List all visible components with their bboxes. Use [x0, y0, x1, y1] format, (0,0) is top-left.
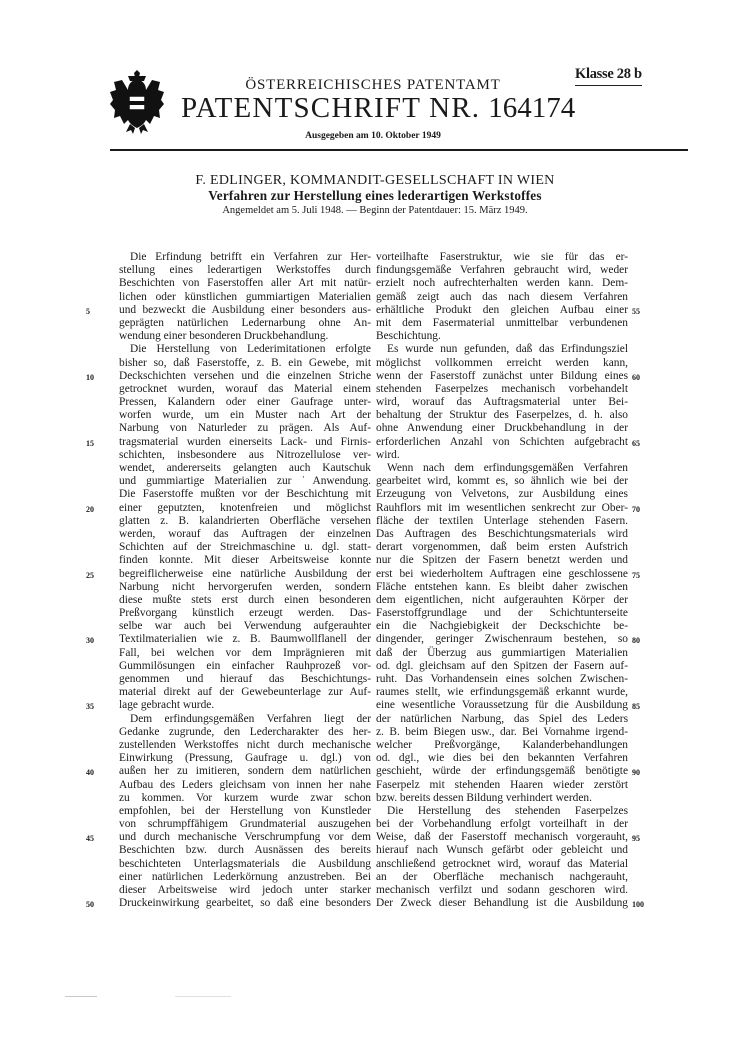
- text-line: von schrumpffähigem Grundmaterial auszug…: [119, 818, 371, 831]
- text-line-content: bei der Vorbehandlung erfolgt vorteilhaf…: [376, 818, 628, 830]
- text-line-content: mit dem Fasermaterial unmittelbar verbun…: [376, 317, 628, 329]
- text-line: wenn der Faserstoff zunächst unter Bildu…: [376, 370, 628, 383]
- text-line-content: Fläche entstehen kann. Es bleibt daher z…: [376, 581, 628, 593]
- text-line-content: Narbung von Naturleder zu prägen. Als Au…: [119, 422, 371, 434]
- text-line-content: Narbung nicht hervorgerufen werden, sond…: [119, 581, 371, 593]
- patent-title-prefix: PATENTSCHRIFT NR.: [181, 92, 480, 124]
- text-line-content: selbe war auch bei Verwendung aufgerauht…: [119, 620, 371, 632]
- text-line: lage gebracht wurde.35: [119, 699, 371, 712]
- text-line-content: Gedanke zugrunde, den Ledercharakter des…: [119, 726, 371, 738]
- text-line-content: werden, worauf das Auftragen der einzeln…: [119, 528, 371, 540]
- text-line: außen her zu imitieren, sondern dem natü…: [119, 765, 371, 778]
- text-line: dieser Arbeitsweise wird jedoch unter st…: [119, 884, 371, 897]
- text-line-content: Fall, bei welchen vor dem Imprägnieren m…: [119, 647, 371, 659]
- line-number: 50: [86, 898, 110, 911]
- text-line: gemäß zeigt auch das nach diesem Verfahr…: [376, 291, 628, 304]
- text-line: Faserstoffgrundlage und der Schichtunter…: [376, 607, 628, 620]
- text-line: schichten, insbesondere aus Nitrozellulo…: [119, 449, 371, 462]
- text-line: tragsmaterial wurden einerseits Lack- un…: [119, 436, 371, 449]
- text-line: ruht. Das Vorhandensein eines solchen Zw…: [376, 673, 628, 686]
- text-line-content: vorteilhafte Faserstruktur, wie sie für …: [376, 251, 628, 263]
- text-line: wird.: [376, 449, 628, 462]
- text-line-content: Erzeugung von Velvetons, zur Ausbildung …: [376, 488, 628, 500]
- text-line-content: dieser Arbeitsweise wird jedoch unter st…: [119, 884, 371, 896]
- text-line-content: diese mußte stets erst durch einen beson…: [119, 594, 371, 606]
- header-rule-divider: [110, 149, 688, 151]
- text-line-content: erforderlichen Anzahl von Schichten aufg…: [376, 436, 628, 448]
- text-line-content: Der Zweck dieser Behandlung ist die Ausb…: [376, 897, 628, 909]
- text-line: stehenden Faserpelzes mechanisch vorbeha…: [376, 383, 628, 396]
- text-line: ohne Anwendung einer Druckbehandlung in …: [376, 422, 628, 435]
- text-line: begreiflicherweise eine natürliche Ausbi…: [119, 568, 371, 581]
- text-line-content: worfen wurde, um ein Muster nach Art der: [119, 409, 371, 421]
- line-number: 15: [86, 437, 110, 450]
- text-line: werden, worauf das Auftragen der einzeln…: [119, 528, 371, 541]
- text-line: mechanisch verfilzt und sodann geschoren…: [376, 884, 628, 897]
- text-line: welcher Preßvorgänge, Kalanderbehandlung…: [376, 739, 628, 752]
- text-line: beschichteten Unterlagsmaterials die Aus…: [119, 858, 371, 871]
- line-number: 65: [632, 437, 656, 450]
- austrian-eagle-coat-of-arms-icon: [108, 66, 166, 138]
- text-line-content: wird.: [376, 449, 400, 461]
- text-line: dem eigentlichen, nicht aufgerauhten Kör…: [376, 594, 628, 607]
- text-line: Das Auftragen des Beschichtungsmaterials…: [376, 528, 628, 541]
- text-line-content: tragsmaterial wurden einerseits Lack- un…: [119, 436, 371, 448]
- text-line: stellung eines lederartigen Werkstoffes …: [119, 264, 371, 277]
- text-line-content: eine wesentliche Voraussetzung für die A…: [376, 699, 628, 711]
- text-line: und durch mechanische Verschrumpfung vor…: [119, 831, 371, 844]
- text-line-content: Beschichten bzw. durch Ausnässen des ber…: [119, 844, 371, 856]
- text-line: Beschichtung.: [376, 330, 628, 343]
- text-line-content: welcher Preßvorgänge, Kalanderbehandlung…: [376, 739, 628, 751]
- text-line: einer geputzten, knotenfreien und möglic…: [119, 502, 371, 515]
- text-line-content: ruht. Das Vorhandensein eines solchen Zw…: [376, 673, 628, 685]
- text-line: gearbeitet wird, kommt es, so ähnlich wi…: [376, 475, 628, 488]
- text-line-content: Deckschichten versehen und die einzelnen…: [119, 370, 371, 382]
- text-line: erzielt noch aufrechterhalten werden kan…: [376, 277, 628, 290]
- text-line-content: Druckeinwirkung gearbeitet, so daß eine …: [119, 897, 371, 909]
- text-line-content: Faserpelz mit stehenden Haaren wieder ze…: [376, 779, 628, 791]
- footer-mark: [175, 996, 231, 997]
- text-line-content: derart vorgenommen, daß beim ersten Aufs…: [376, 541, 628, 553]
- text-line-content: raumes stellt, wie erfindungsgemäß erkan…: [376, 686, 628, 698]
- text-line: genommen und hierauf das Beschichtungs-: [119, 673, 371, 686]
- text-line-content: zustellenden Werkstoffes nicht durch mec…: [119, 739, 371, 751]
- text-line-content: wendet, andererseits gelangten auch Kaut…: [119, 462, 371, 474]
- text-line: erforderlichen Anzahl von Schichten aufg…: [376, 436, 628, 449]
- text-line-content: anschließend getrocknet wird, worauf das…: [376, 858, 628, 870]
- text-line: ein die Nachgiebigkeit der Deckschichte …: [376, 620, 628, 633]
- text-line-content: erzielt noch aufrechterhalten werden kan…: [376, 277, 628, 289]
- text-line-content: lichen oder künstlichen gummiartigen Mat…: [119, 291, 371, 303]
- text-line: Der Zweck dieser Behandlung ist die Ausb…: [376, 897, 628, 910]
- text-line: wird, worauf das Auftragsmaterial unter …: [376, 396, 628, 409]
- text-line-content: wenn der Faserstoff zunächst unter Bildu…: [376, 370, 628, 382]
- text-line-content: stellung eines lederartigen Werkstoffes …: [119, 264, 371, 276]
- line-number: 30: [86, 634, 110, 647]
- text-line: mit dem Fasermaterial unmittelbar verbun…: [376, 317, 628, 330]
- text-line: geprägten natürlichen Ledernarbung ohne …: [119, 317, 371, 330]
- line-number: 5: [86, 305, 110, 318]
- text-line-content: Wenn nach dem erfindungsgemäßen Verfahre…: [387, 462, 628, 474]
- text-line: bisher so, daß Faserstoffe, z. B. ein Ge…: [119, 357, 371, 370]
- text-line-content: möglichst vollkommen erreicht werden kan…: [376, 357, 628, 369]
- text-line-content: glatten z. B. kalandrierten Oberfläche v…: [119, 515, 371, 527]
- text-line: Narbung von Naturleder zu prägen. Als Au…: [119, 422, 371, 435]
- text-line: z. B. beim Biegen usw., dar. Bei Vornahm…: [376, 726, 628, 739]
- text-line-content: von schrumpffähigem Grundmaterial auszug…: [119, 818, 371, 830]
- text-line: od. dgl. gleichsam auf den Spitzen der F…: [376, 660, 628, 673]
- text-line-content: Aufbau des Leders gleichsam von innen he…: [119, 779, 371, 791]
- text-line-content: lage gebracht wurde.: [119, 699, 214, 711]
- text-line-content: ohne Anwendung einer Druckbehandlung in …: [376, 422, 628, 434]
- text-line: nur die Spitzen der Fasern benetzt werde…: [376, 554, 628, 567]
- text-line-content: hierauf nach Wunsch gefärbt oder gebleic…: [376, 844, 628, 856]
- text-line-content: einer geputzten, knotenfreien und möglic…: [119, 502, 371, 514]
- line-number: 35: [86, 700, 110, 713]
- text-line-content: empfohlen, bei der Herstellung von Kunst…: [119, 805, 371, 817]
- text-line: Textilmaterialien wie z. B. Baumwollflan…: [119, 633, 371, 646]
- text-line-content: Beschichten von Faserstoffen aller Art m…: [119, 277, 371, 289]
- text-line-content: begreiflicherweise eine natürliche Ausbi…: [119, 568, 371, 580]
- text-line-content: Rauhflors mit im wesentlichen senkrecht …: [376, 502, 628, 514]
- text-line: derart vorgenommen, daß beim ersten Aufs…: [376, 541, 628, 554]
- text-line-content: od. dgl. gleichsam auf den Spitzen der F…: [376, 660, 628, 672]
- text-line-content: wird, worauf das Auftragsmaterial unter …: [376, 396, 628, 408]
- text-line: bei der Vorbehandlung erfolgt vorteilhaf…: [376, 818, 628, 831]
- text-line: zustellenden Werkstoffes nicht durch mec…: [119, 739, 371, 752]
- body-column-right: vorteilhafte Faserstruktur, wie sie für …: [376, 251, 628, 910]
- text-line-content: geschieht, würde der erfindungsgemäß ben…: [376, 765, 628, 777]
- text-line: dingender, geringer Zwischenraum bestehe…: [376, 633, 628, 646]
- text-line: Einwirkung (Pressung, Gaufrage u. dgl.) …: [119, 752, 371, 765]
- line-number: 90: [632, 766, 656, 779]
- line-number: 100: [632, 898, 656, 911]
- text-line-content: Die Herstellung von Lederimitationen erf…: [130, 343, 371, 355]
- text-line: raumes stellt, wie erfindungsgemäß erkan…: [376, 686, 628, 699]
- text-line-content: dingender, geringer Zwischenraum bestehe…: [376, 633, 628, 645]
- text-line: an der Oberfläche mechanisch nachgerauht…: [376, 871, 628, 884]
- text-line-content: geprägten natürlichen Ledernarbung ohne …: [119, 317, 371, 329]
- text-line: Gedanke zugrunde, den Ledercharakter des…: [119, 726, 371, 739]
- text-line: material direkt auf der Gewebeunterlage …: [119, 686, 371, 699]
- text-line: Die Erfindung betrifft ein Verfahren zur…: [119, 251, 371, 264]
- line-number: 25: [86, 569, 110, 582]
- text-line-content: finden konnte. Mit dieser Arbeitsweise k…: [119, 554, 371, 566]
- text-line: findungsgemäße Verfahren gebraucht wird,…: [376, 264, 628, 277]
- text-line: und gummiartige Materialien zur ˙Anwendu…: [119, 475, 371, 488]
- text-line: erhältliche Produkt den gleichen Aufbau …: [376, 304, 628, 317]
- text-line-content: der natürlichen Narbung, das Spiel des L…: [376, 713, 628, 725]
- text-line: daß der Überzug aus gummiartigen Materia…: [376, 647, 628, 660]
- text-line: Gummilösungen ein einfacher Rauhprozeß v…: [119, 660, 371, 673]
- text-line: und bezweckt die Ausbildung einer besond…: [119, 304, 371, 317]
- text-line-content: und durch mechanische Verschrumpfung vor…: [119, 831, 371, 843]
- text-line-content: Einwirkung (Pressung, Gaufrage u. dgl.) …: [119, 752, 371, 764]
- text-line-content: und gummiartige Materialien zur ˙Anwendu…: [119, 475, 371, 487]
- text-line-content: gearbeitet wird, kommt es, so ähnlich wi…: [376, 475, 628, 487]
- text-line-content: genommen und hierauf das Beschichtungs-: [119, 673, 371, 685]
- text-line: der natürlichen Narbung, das Spiel des L…: [376, 713, 628, 726]
- text-line-content: Die Herstellung des stehenden Faserpelze…: [387, 805, 628, 817]
- text-line: selbe war auch bei Verwendung aufgerauht…: [119, 620, 371, 633]
- text-line: glatten z. B. kalandrierten Oberfläche v…: [119, 515, 371, 528]
- text-line-content: dem eigentlichen, nicht aufgerauhten Kör…: [376, 594, 628, 606]
- text-line-content: erhältliche Produkt den gleichen Aufbau …: [376, 304, 628, 316]
- text-line: geschieht, würde der erfindungsgemäß ben…: [376, 765, 628, 778]
- text-line: empfohlen, bei der Herstellung von Kunst…: [119, 805, 371, 818]
- issue-date: Ausgegeben am 10. Oktober 1949: [233, 131, 513, 141]
- text-line-content: Die Erfindung betrifft ein Verfahren zur…: [130, 251, 371, 263]
- text-line-content: z. B. beim Biegen usw., dar. Bei Vornahm…: [376, 726, 628, 738]
- text-line-content: an der Oberfläche mechanisch nachgerauht…: [376, 871, 628, 883]
- text-line-content: einer natürlichen Lederkörnung anzustreb…: [119, 871, 371, 883]
- text-line: Fall, bei welchen vor dem Imprägnieren m…: [119, 647, 371, 660]
- text-line-content: od. dgl., wie dies bei den bekannten Ver…: [376, 752, 628, 764]
- line-number: 85: [632, 700, 656, 713]
- patent-title-heading: PATENTSCHRIFT NR.164174: [181, 92, 575, 125]
- text-line: lichen oder künstlichen gummiartigen Mat…: [119, 291, 371, 304]
- text-line: Erzeugung von Velvetons, zur Ausbildung …: [376, 488, 628, 501]
- text-line-content: getrocknet wurden, worauf das Material e…: [119, 383, 371, 395]
- text-line-content: Schichten auf der Streichmaschine u. dgl…: [119, 541, 371, 553]
- text-line: Preßvorgang künstlich erzeugt werden. Da…: [119, 607, 371, 620]
- patent-class: Klasse 28 b: [575, 66, 642, 86]
- text-line-content: stehenden Faserpelzes mechanisch vorbeha…: [376, 383, 628, 395]
- text-line: od. dgl., wie dies bei den bekannten Ver…: [376, 752, 628, 765]
- text-line: Beschichten bzw. durch Ausnässen des ber…: [119, 844, 371, 857]
- text-line-content: material direkt auf der Gewebeunterlage …: [119, 686, 371, 698]
- applicant-name: F. EDLINGER, KOMMANDIT-GESELLSCHAFT IN W…: [150, 173, 600, 189]
- text-line: behaltung der Struktur des Faserpelzes, …: [376, 409, 628, 422]
- text-line-content: Beschichtung.: [376, 330, 441, 342]
- text-line-content: nur die Spitzen der Fasern benetzt werde…: [376, 554, 628, 566]
- text-line-content: Textilmaterialien wie z. B. Baumwollflan…: [119, 633, 371, 645]
- text-line: vorteilhafte Faserstruktur, wie sie für …: [376, 251, 628, 264]
- text-line: Rauhflors mit im wesentlichen senkrecht …: [376, 502, 628, 515]
- text-line-content: behaltung der Struktur des Faserpelzes, …: [376, 409, 628, 421]
- text-line: bzw. bereits dessen Bildung verhindert w…: [376, 792, 628, 805]
- line-number: 60: [632, 371, 656, 384]
- text-line-content: ein die Nachgiebigkeit der Deckschichte …: [376, 620, 628, 632]
- footer-mark: [65, 996, 97, 997]
- text-line-content: Gummilösungen ein einfacher Rauhprozeß v…: [119, 660, 371, 672]
- text-line: Weise, daß der Faserstoff mechanisch vor…: [376, 831, 628, 844]
- text-line-content: Es wurde nun gefunden, daß das Erfindung…: [387, 343, 628, 355]
- text-line-content: Weise, daß der Faserstoff mechanisch vor…: [376, 831, 628, 843]
- text-line-content: schichten, insbesondere aus Nitrozellulo…: [119, 449, 371, 461]
- text-line: eine wesentliche Voraussetzung für die A…: [376, 699, 628, 712]
- invention-title: Verfahren zur Herstellung eines lederart…: [150, 188, 600, 204]
- line-number: 70: [632, 503, 656, 516]
- text-line-content: mechanisch verfilzt und sodann geschoren…: [376, 884, 628, 896]
- text-line: finden konnte. Mit dieser Arbeitsweise k…: [119, 554, 371, 567]
- line-number: 75: [632, 569, 656, 582]
- text-line-content: wendung einer besonderen Druckbehandlung…: [119, 330, 328, 342]
- line-number: 55: [632, 305, 656, 318]
- text-line-content: Faserstoffgrundlage und der Schichtunter…: [376, 607, 628, 619]
- text-line-content: zu kommen. Vor kurzem wurde zwar schon: [119, 792, 371, 804]
- text-line: Die Herstellung von Lederimitationen erf…: [119, 343, 371, 356]
- line-number: 10: [86, 371, 110, 384]
- text-line: Die Faserstoffe mußten vor der Beschicht…: [119, 488, 371, 501]
- text-line-content: fläche der textilen Unterlage stehenden …: [376, 515, 628, 527]
- patent-number: 164174: [488, 92, 575, 124]
- text-line-content: daß der Überzug aus gummiartigen Materia…: [376, 647, 628, 659]
- text-line: hierauf nach Wunsch gefärbt oder gebleic…: [376, 844, 628, 857]
- text-line: Deckschichten versehen und die einzelnen…: [119, 370, 371, 383]
- text-line-content: außen her zu imitieren, sondern dem natü…: [119, 765, 371, 777]
- text-line: Fläche entstehen kann. Es bleibt daher z…: [376, 581, 628, 594]
- text-line: Schichten auf der Streichmaschine u. dgl…: [119, 541, 371, 554]
- text-line: wendung einer besonderen Druckbehandlung…: [119, 330, 371, 343]
- text-line-content: findungsgemäße Verfahren gebraucht wird,…: [376, 264, 628, 276]
- text-line: diese mußte stets erst durch einen beson…: [119, 594, 371, 607]
- line-number: 20: [86, 503, 110, 516]
- text-line: einer natürlichen Lederkörnung anzustreb…: [119, 871, 371, 884]
- text-line-content: bzw. bereits dessen Bildung verhindert w…: [376, 792, 592, 804]
- text-line: Es wurde nun gefunden, daß das Erfindung…: [376, 343, 628, 356]
- text-line-content: gemäß zeigt auch das nach diesem Verfahr…: [376, 291, 628, 303]
- text-line: Wenn nach dem erfindungsgemäßen Verfahre…: [376, 462, 628, 475]
- text-line: anschließend getrocknet wird, worauf das…: [376, 858, 628, 871]
- text-line: Aufbau des Leders gleichsam von innen he…: [119, 779, 371, 792]
- line-number: 40: [86, 766, 110, 779]
- text-line-content: erst bei wiederholtem Auftragen eine ges…: [376, 568, 628, 580]
- text-line-content: Die Faserstoffe mußten vor der Beschicht…: [119, 488, 371, 500]
- text-line-content: bisher so, daß Faserstoffe, z. B. ein Ge…: [119, 357, 371, 369]
- text-line: Dem erfindungsgemäßen Verfahren liegt de…: [119, 713, 371, 726]
- text-line-content: Dem erfindungsgemäßen Verfahren liegt de…: [130, 713, 371, 725]
- text-line: worfen wurde, um ein Muster nach Art der: [119, 409, 371, 422]
- text-line-content: Das Auftragen des Beschichtungsmaterials…: [376, 528, 628, 540]
- text-line-content: und bezweckt die Ausbildung einer besond…: [119, 304, 371, 316]
- line-number: 95: [632, 832, 656, 845]
- text-line: erst bei wiederholtem Auftragen eine ges…: [376, 568, 628, 581]
- text-line: getrocknet wurden, worauf das Material e…: [119, 383, 371, 396]
- line-number: 45: [86, 832, 110, 845]
- text-line: fläche der textilen Unterlage stehenden …: [376, 515, 628, 528]
- text-line: Beschichten von Faserstoffen aller Art m…: [119, 277, 371, 290]
- body-column-left: Die Erfindung betrifft ein Verfahren zur…: [119, 251, 371, 910]
- text-line: Faserpelz mit stehenden Haaren wieder ze…: [376, 779, 628, 792]
- text-line: zu kommen. Vor kurzem wurde zwar schon: [119, 792, 371, 805]
- text-line-content: Preßvorgang künstlich erzeugt werden. Da…: [119, 607, 371, 619]
- text-line: Druckeinwirkung gearbeitet, so daß eine …: [119, 897, 371, 910]
- text-line: Narbung nicht hervorgerufen werden, sond…: [119, 581, 371, 594]
- text-line: Die Herstellung des stehenden Faserpelze…: [376, 805, 628, 818]
- text-line: Pressen, Kalandern oder einer Gaufrage u…: [119, 396, 371, 409]
- text-line-content: beschichteten Unterlagsmaterials die Aus…: [119, 858, 371, 870]
- line-number: 80: [632, 634, 656, 647]
- text-line: möglichst vollkommen erreicht werden kan…: [376, 357, 628, 370]
- filing-dates: Angemeldet am 5. Juli 1948. — Beginn der…: [150, 205, 600, 216]
- text-line: wendet, andererseits gelangten auch Kaut…: [119, 462, 371, 475]
- text-line-content: Pressen, Kalandern oder einer Gaufrage u…: [119, 396, 371, 408]
